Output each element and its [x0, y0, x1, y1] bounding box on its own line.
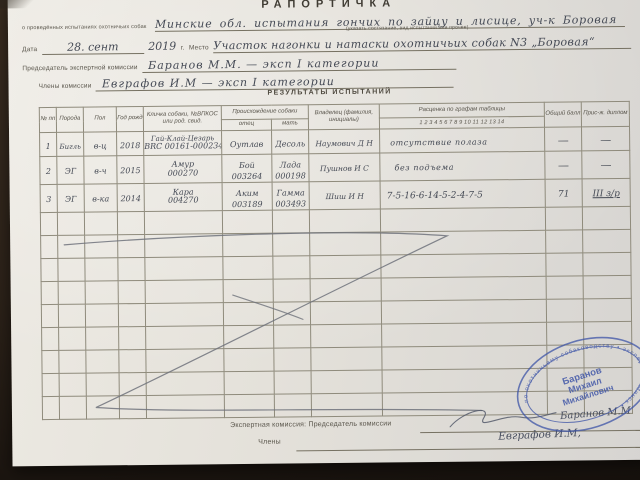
empty-cell [117, 211, 144, 234]
empty-cell [41, 304, 58, 327]
cell-num: 1 [46, 141, 51, 150]
empty-cell [273, 232, 310, 255]
empty-cell [310, 232, 381, 256]
empty-cell [582, 206, 630, 230]
empty-cell [119, 395, 146, 418]
cell-sire-reg: 003264 [222, 173, 271, 182]
members-signature-name: Евграфов И.М, [498, 427, 581, 443]
empty-cell [146, 394, 224, 418]
empty-cell [381, 299, 546, 324]
cell-year: 2015 [120, 166, 140, 175]
empty-cell [145, 302, 223, 326]
empty-cell [547, 345, 584, 368]
year-value: 2019 [148, 40, 176, 53]
col-header-name: Кличка собаки, №ВПКОС или род. свид. [143, 106, 221, 132]
empty-cell [583, 229, 631, 253]
empty-cell [40, 212, 57, 235]
col-header-score: Общий балл [544, 102, 581, 127]
empty-cell [42, 327, 59, 350]
cell-year: 2014 [120, 194, 140, 203]
empty-cell [546, 276, 583, 299]
col-header-year: Год рожд [116, 107, 143, 132]
empty-cell [118, 303, 145, 326]
empty-cell [547, 322, 584, 345]
table-body: 1 Бигль в-ц 2018 Гай-Клай-ЦезарьBRC 0016… [40, 126, 633, 419]
photo-of-document: { "header": { "title": "РАПОРТИЧКА", "su… [0, 0, 640, 480]
cell-reg: BRC 00161-000234 [144, 142, 221, 152]
cell-owner: Пушнов И С [320, 164, 369, 174]
col-header-sex: Пол [83, 107, 116, 132]
empty-cell [583, 252, 631, 276]
empty-cell [145, 233, 223, 257]
empty-cell [59, 396, 86, 419]
subtitle-row: о проведённых испытаниях охотничьих соба… [22, 10, 640, 34]
empty-cell [85, 303, 118, 326]
empty-cell [118, 257, 145, 280]
cell-sex: в-ч [94, 167, 106, 176]
empty-cell [311, 393, 382, 417]
empty-cell [273, 278, 310, 301]
empty-cell [58, 304, 85, 327]
empty-cell [85, 280, 118, 303]
empty-cell [222, 210, 272, 234]
chairman-label: Председатель экспертной комиссии [22, 64, 137, 72]
empty-cell [381, 276, 546, 301]
commission-label: Экспертная комиссия: Председатель комисс… [230, 420, 391, 429]
empty-cell [547, 367, 584, 390]
empty-cell [119, 349, 146, 372]
empty-cell [85, 257, 118, 280]
empty-cell [382, 368, 547, 393]
empty-cell [41, 258, 58, 281]
empty-cell [381, 253, 546, 278]
date-label: Дата [22, 46, 37, 53]
empty-cell [42, 396, 59, 419]
cell-sire-reg: 003189 [223, 200, 272, 209]
cell-diploma: — [601, 135, 611, 146]
empty-cell [118, 280, 145, 303]
empty-cell [224, 394, 274, 418]
cell-breed: Бигль [59, 142, 81, 150]
empty-cell [146, 348, 224, 372]
col-header-sire: отец [221, 119, 271, 131]
empty-cell [84, 211, 117, 234]
empty-cell [145, 256, 223, 280]
cell-score: 71 [558, 190, 570, 200]
empty-cell [224, 371, 274, 395]
col-header-owner: Владелец (фамилия, инициалы) [308, 104, 379, 130]
cell-dam: Лада [280, 160, 301, 169]
cell-rating: 7-5-16-6-14-5-2-4-7-5 [387, 191, 483, 202]
cell-score: — [558, 161, 568, 172]
cell-owner: Наумович Д Н [315, 138, 372, 148]
cell-dam: Десоль [275, 139, 305, 148]
empty-row [42, 390, 632, 419]
col-header-num: № пп [39, 107, 56, 132]
cell-rating: отсутствие полаза [390, 137, 488, 147]
empty-cell [41, 235, 58, 258]
subtitle-printed-label: о проведённых испытаниях охотничьих соба… [22, 24, 147, 31]
empty-cell [144, 210, 222, 234]
members-label: Члены комиссии [39, 83, 92, 91]
cell-dam-reg: 000198 [272, 172, 308, 181]
empty-cell [224, 348, 274, 372]
cell-num: 3 [46, 195, 51, 204]
cell-diploma: III з/р [593, 189, 620, 199]
empty-cell [310, 278, 381, 302]
empty-cell [584, 321, 632, 345]
cell-sire-reg [222, 151, 271, 152]
date-value: 28. сент [42, 40, 144, 55]
empty-cell [223, 302, 273, 326]
cell-score: — [558, 135, 568, 146]
empty-cell [545, 207, 582, 230]
empty-cell [310, 301, 381, 325]
empty-cell [146, 371, 224, 395]
empty-cell [274, 347, 311, 370]
members-signature-line [296, 447, 640, 452]
place-label: Место [189, 44, 209, 51]
empty-cell [382, 391, 547, 416]
empty-cell [223, 256, 273, 280]
cell-num: 2 [46, 167, 51, 176]
empty-cell [85, 234, 118, 257]
empty-cell [86, 395, 119, 418]
empty-cell [59, 350, 86, 373]
empty-cell [42, 373, 59, 396]
cell-breed: ЭГ [65, 195, 77, 204]
empty-cell [546, 299, 583, 322]
cell-reg: 000270 [144, 169, 221, 179]
empty-cell [546, 253, 583, 276]
cell-diploma: — [601, 161, 611, 172]
empty-cell [309, 209, 380, 233]
col-header-dam: мать [271, 119, 308, 130]
empty-cell [42, 350, 59, 373]
empty-cell [583, 298, 631, 322]
cell-sire: Аким [236, 189, 259, 198]
cell-sex: в-ка [92, 195, 109, 204]
empty-cell [310, 255, 381, 279]
empty-cell [86, 349, 119, 372]
cell-dam-reg: 003493 [273, 200, 309, 209]
empty-cell [584, 367, 632, 391]
place-value: Участок нагонки и натаски охотничьих соб… [213, 35, 631, 53]
empty-cell [119, 326, 146, 349]
cell-owner: Шиш И Н [326, 192, 364, 201]
empty-cell [86, 372, 119, 395]
year-suffix: г. [181, 45, 185, 52]
empty-cell [145, 279, 223, 303]
empty-cell [311, 370, 382, 394]
empty-cell [41, 281, 58, 304]
empty-cell [381, 230, 546, 255]
empty-cell [584, 344, 632, 368]
empty-cell [224, 325, 274, 349]
empty-cell [311, 347, 382, 371]
empty-cell [546, 230, 583, 253]
empty-cell [59, 373, 86, 396]
cell-sire: Бой [239, 161, 255, 170]
empty-cell [146, 325, 224, 349]
cell-dam: Гамма [277, 188, 305, 197]
empty-cell [273, 301, 310, 324]
empty-cell [382, 345, 547, 370]
cell-year: 2018 [120, 141, 140, 150]
subtitle-note: (указать состязание, вид испытаний или п… [346, 25, 469, 32]
empty-cell [274, 393, 311, 416]
empty-cell [274, 324, 311, 347]
results-table: № пп Порода Пол Год рожд Кличка собаки, … [39, 101, 633, 420]
empty-cell [58, 258, 85, 281]
empty-cell [382, 322, 547, 347]
empty-cell [273, 255, 310, 278]
empty-cell [57, 212, 84, 235]
empty-cell [119, 372, 146, 395]
col-header-breed: Порода [56, 107, 83, 132]
empty-cell [272, 209, 309, 232]
empty-cell [380, 207, 545, 232]
col-header-diploma: Прис-ж. диплом [581, 101, 629, 127]
empty-cell [59, 327, 86, 350]
members-signature-label: Члены [258, 439, 281, 446]
cell-sex: в-ц [94, 141, 107, 150]
empty-cell [274, 370, 311, 393]
empty-cell [58, 281, 85, 304]
cell-reg: 004270 [145, 197, 222, 207]
empty-cell [118, 234, 145, 257]
empty-cell [311, 324, 382, 348]
cell-breed: ЭГ [65, 167, 77, 176]
cell-rating: без подъема [394, 163, 454, 173]
col-header-origin: Происхождение собаки [221, 105, 308, 120]
paper-form: РАПОРТИЧКА о проведённых испытаниях охот… [8, 0, 640, 466]
empty-cell [223, 233, 273, 257]
empty-cell [583, 275, 631, 299]
empty-cell [223, 279, 273, 303]
empty-cell [86, 326, 119, 349]
empty-cell [58, 235, 85, 258]
cell-sire: Оутлав [230, 139, 263, 148]
